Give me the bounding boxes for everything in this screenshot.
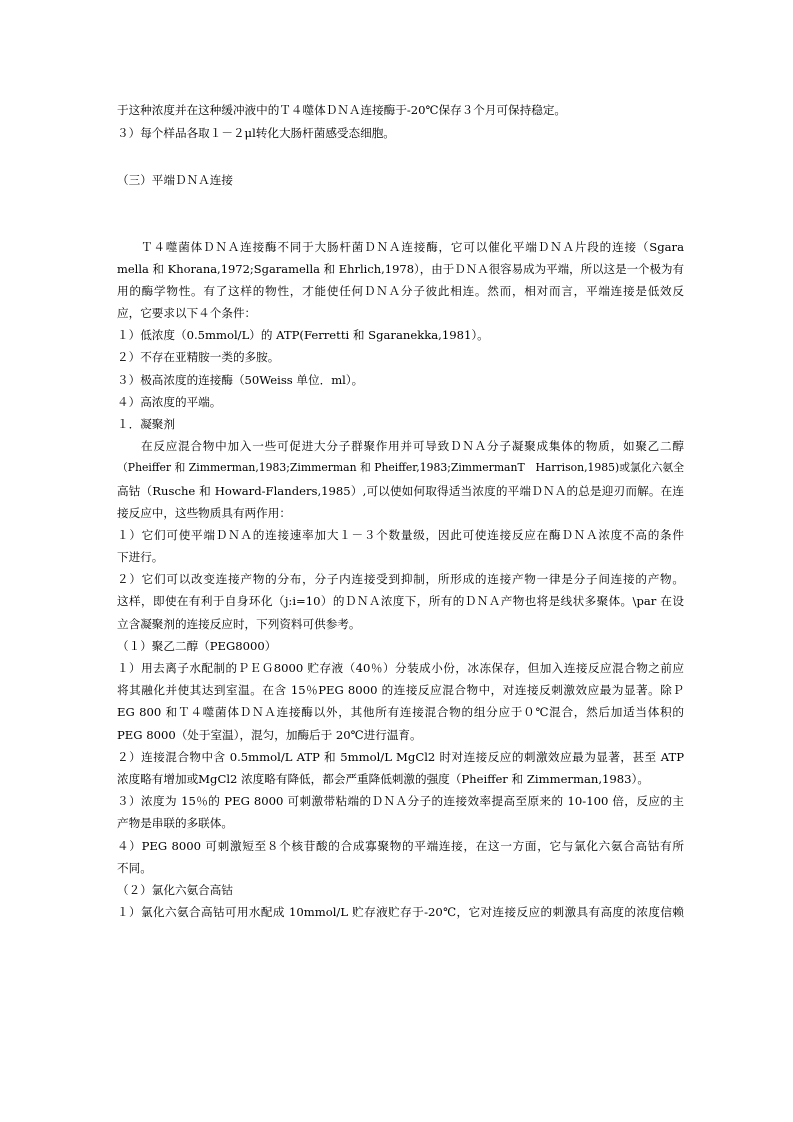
peg-item-1-cont: EG 800 和Ｔ４噬菌体ＤＮＡ连接酶以外，其他所有连接混合物的组分应于０℃混合…: [117, 704, 684, 720]
paragraph-line: （Pheiffer 和 Zimmerman,1983;Zimmerman 和 P…: [117, 460, 684, 476]
cobalt-item-1: １）氯化六氨合高钴可用水配成 10mmol/L 贮存液贮存于-20℃，它对连接反…: [117, 904, 684, 920]
paragraph-line: 应，它要求以下４个条件：: [117, 305, 684, 321]
peg-item-3: ３）浓度为 15％的 PEG 8000 可刺激带粘端的ＤＮＡ分子的连接效率提高至…: [117, 793, 684, 809]
peg-item-1-cont: PEG 8000（处于室温），混匀，加酶后于 20℃进行温育。: [117, 727, 684, 743]
list-item-3-transform: ３）每个样品各取１－２μl转化大肠杆菌感受态细胞。: [117, 125, 684, 141]
peg-item-4-cont: 不同。: [117, 860, 684, 876]
peg-item-1: １）用去离子水配制的ＰＥＧ8000 贮存液（40％）分装成小份，冰冻保存，但加入…: [117, 660, 684, 676]
condition-item-4: ４）高浓度的平端。: [117, 394, 684, 410]
peg-item-2-cont: 浓度略有增加或MgCl2 浓度略有降低，都会严重降低刺激的强度（Pheiffer…: [117, 771, 684, 787]
paragraph-line: 接反应中，这些物质具有两作用：: [117, 505, 684, 521]
peg-item-1-cont: 将其融化并使其达到室温。在含 15％PEG 8000 的连接反应混合物中，对连接…: [117, 682, 684, 698]
peg-item-2: ２）连接混合物中含 0.5mmol/L ATP 和 5mmol/L MgCl2 …: [117, 749, 684, 765]
subheading-cobalt-hexammine: （２）氯化六氨合高钴: [117, 882, 684, 898]
effect-item-2-cont: 立含凝聚剂的连接反应时，下列资料可供参考。: [117, 616, 684, 632]
paragraph-line: 高钴（Rusche 和 Howard-Flanders,1985）,可以使如何取…: [117, 483, 684, 499]
paragraph-line: mella 和 Khorana,1972;Sgaramella 和 Ehrlic…: [117, 261, 684, 277]
paragraph-line: 在反应混合物中加入一些可促进大分子群聚作用并可导致ＤＮＡ分子凝聚成集体的物质，如…: [117, 438, 684, 454]
condition-item-2: ２）不存在亚精胺一类的多胺。: [117, 349, 684, 365]
effect-item-1-cont: 下进行。: [117, 549, 684, 565]
subheading-peg8000: （１）聚乙二醇（PEG8000）: [117, 638, 684, 654]
peg-item-4: ４）PEG 8000 可刺激短至８个核苷酸的合成寡聚物的平端连接，在这一方面，它…: [117, 838, 684, 854]
text-line-continuation: 于这种浓度并在这种缓冲液中的Ｔ４噬体ＤＮＡ连接酶于-20℃保存３个月可保持稳定。: [117, 102, 684, 118]
section-heading-blunt-end-ligation: （三）平端ＤＮＡ连接: [117, 172, 684, 188]
condition-item-1: １）低浓度（0.5mmol/L）的 ATP(Ferretti 和 Sgarane…: [117, 327, 684, 343]
paragraph-line: 用的酶学物性。有了这样的物性，才能使任何ＤＮＡ分子彼此相连。然而，相对而言，平端…: [117, 283, 684, 299]
effect-item-2: ２）它们可以改变连接产物的分布，分子内连接受到抑制，所形成的连接产物一律是分子间…: [117, 571, 684, 587]
paragraph-line: Ｔ４噬菌体ＤＮＡ连接酶不同于大肠杆菌ＤＮＡ连接酶，它可以催化平端ＤＮＡ片段的连接…: [117, 239, 684, 255]
subsection-heading-condensing-agents: １．凝聚剂: [117, 416, 684, 432]
document-page: 于这种浓度并在这种缓冲液中的Ｔ４噬体ＤＮＡ连接酶于-20℃保存３个月可保持稳定。…: [0, 0, 793, 1122]
peg-item-3-cont: 产物是串联的多联体。: [117, 815, 684, 831]
effect-item-2-cont: 这样，即使在有利于自身环化（j:i=10）的ＤＮＡ浓度下，所有的ＤＮＡ产物也将是…: [117, 593, 684, 609]
effect-item-1: １）它们可使平端ＤＮＡ的连接速率加大１－３个数量级，因此可使连接反应在酶ＤＮＡ浓…: [117, 527, 684, 543]
condition-item-3: ３）极高浓度的连接酶（50Weiss 单位．ml）。: [117, 372, 684, 388]
